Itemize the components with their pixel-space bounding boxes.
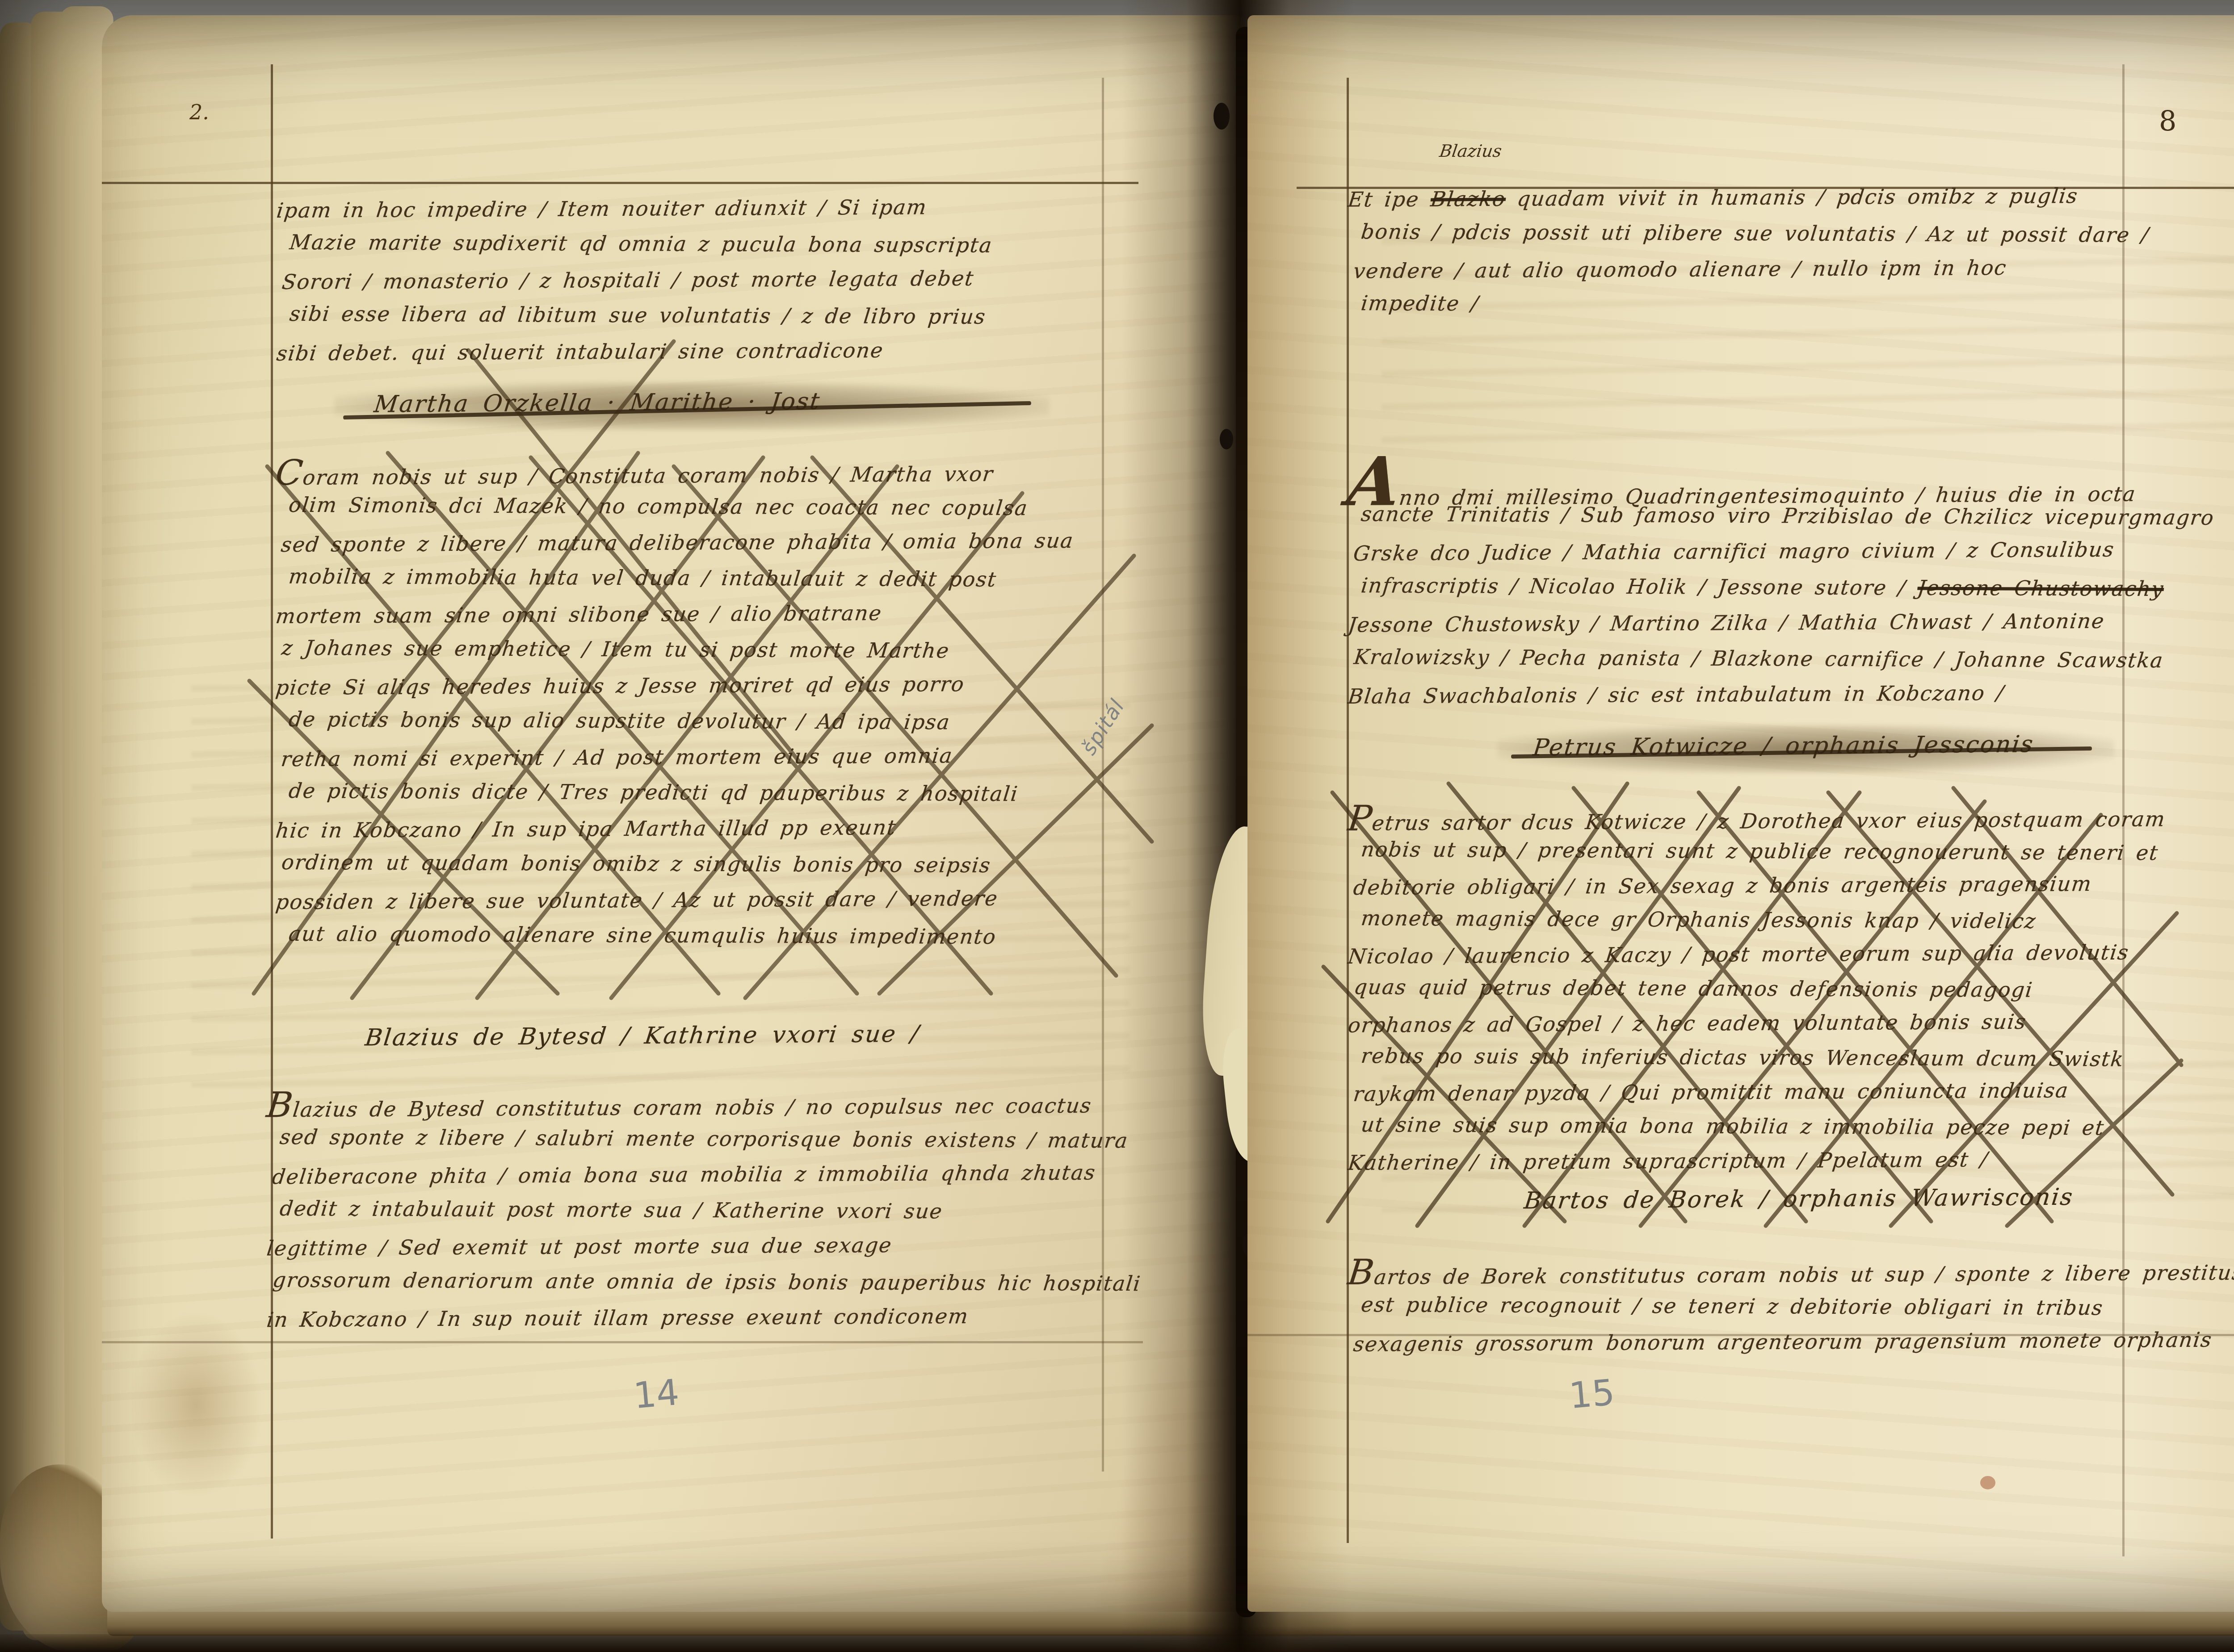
manuscript-line: z Johanes sue emphetice / Item tu si pos… (280, 630, 1149, 669)
manuscript-line: sancte Trinitatis / Sub famoso viro Przi… (1359, 496, 2146, 535)
paragraph-right-d: Bartos de Borek constitutus coram nobis … (1348, 1253, 2171, 1360)
manuscript-line: grossorum denariorum ante omnia de ipsis… (271, 1262, 1145, 1301)
manuscript-line: Anno dmi millesimo Quadringentesimoquint… (1346, 460, 2146, 499)
paper-stain (129, 1311, 263, 1498)
manuscript-line: Sorori / monasterio / z hospitali / post… (280, 260, 1129, 300)
struck-heading-left: Martha Orzkella · Marithe · Jost (334, 377, 1049, 435)
manuscript-line: Bartos de Borek constitutus coram nobis … (1346, 1250, 2173, 1291)
foxing-spot (1980, 1476, 1995, 1489)
page-number: 8 (2159, 105, 2176, 137)
manuscript-line: Et ipe Blazko quadam vivit in humanis / … (1346, 177, 2137, 217)
manuscript-line: vendere / aut alio quomodo alienare / nu… (1352, 249, 2137, 289)
manuscript-line: infrascriptis / Nicolao Holik / Jessone … (1359, 567, 2146, 607)
paragraph-left-a: ipam in hoc impedire / Item nouiter adiu… (277, 190, 1126, 369)
manuscript-line: ut sine suis sup omnia bona mobilia z im… (1359, 1107, 2163, 1145)
manuscript-line: Jessone Chustowsky / Martino Zilka / Mat… (1346, 603, 2146, 642)
manuscript-photo: 2. ipam in hoc impedire / Item nouiter a… (0, 0, 2234, 1652)
manuscript-line: mortem suam sine omni slibone sue / alio… (274, 594, 1150, 634)
ruling-line-bottom (102, 1341, 1143, 1343)
manuscript-line: sibi debet. qui soluerit intabulari sine… (275, 331, 1129, 371)
manuscript-line: Blaha Swachbalonis / sic est intabulatum… (1346, 674, 2146, 714)
line-prefix: Et ipe (1347, 187, 1432, 212)
manuscript-line: retha nomi si experint / Ad post mortem … (279, 737, 1150, 777)
interlinear-correction: Blazius (1438, 141, 1503, 161)
manuscript-line: in Kobczano / In sup nouit illam presse … (265, 1297, 1146, 1338)
manuscript-line: impedite / (1359, 285, 2137, 324)
manuscript-line: Coram nobis ut sup / Constituta coram no… (274, 451, 1150, 491)
gutter-ink-blot (1214, 103, 1230, 130)
manuscript-line: Katherine / in pretium suprascriptum / P… (1346, 1141, 2164, 1180)
manuscript-line: de pictis bonis dicte / Tres predicti qd… (287, 773, 1149, 812)
paragraph-right-c-cancelled: Petrus sartor dcus Kotwicze / z Dorothea… (1348, 800, 2162, 1178)
manuscript-line: deliberacone phita / omia bona sua mobil… (270, 1154, 1146, 1195)
manuscript-line: raykam denar pyzda / Qui promittit manu … (1352, 1073, 2164, 1111)
manuscript-line: debitorie obligari / in Sex sexag z boni… (1352, 866, 2164, 905)
manuscript-line: quas quid petrus debet tene dannos defen… (1352, 970, 2163, 1008)
manuscript-line: orphanos z ad Gospel / z hec eadem volun… (1346, 1004, 2164, 1043)
manuscript-line: ordinem ut quadam bonis omibz z singulis… (280, 844, 1149, 884)
manuscript-line: Petrus sartor dcus Kotwicze / z Dorothea… (1346, 797, 2164, 836)
heading-bartos: Bartos de Borek / orphanis Wawrisconis (1523, 1184, 2075, 1215)
paragraph-right-a: Et ipe Blazko quadam vivit in humanis / … (1348, 180, 2135, 323)
manuscript-line: olim Simonis dci Mazek / no compulsa nec… (287, 487, 1149, 526)
manuscript-line: Blazius de Bytesd constitutus coram nobi… (265, 1083, 1146, 1123)
heading-blazius: Blazius de Bytesd / Kathrine vxori sue / (364, 1021, 922, 1052)
manuscript-line: dedit z intabulauit post morte sua / Kat… (278, 1191, 1145, 1230)
manuscript-line: rebus po suis sub inferius dictas viros … (1359, 1039, 2163, 1077)
manuscript-line: nobis ut sup / presentari sunt z publice… (1359, 832, 2163, 870)
ruling-line-top (102, 182, 1138, 184)
manuscript-line: hic in Kobczano / In sup ipa Martha illu… (274, 808, 1150, 848)
struck-word: Blazko (1429, 187, 1507, 211)
struck-name: Jessone Chustowachy (1916, 576, 2165, 601)
manuscript-line: Mazie marite supdixerit qd omnia z pucul… (288, 224, 1128, 264)
line-rest: quadam vivit in humanis / pdcis omibz z … (1504, 184, 2079, 211)
book-cover-bottom-edge (0, 1634, 2234, 1652)
struck-heading-right: Petrus Kotwicze / orphanis Jessconis (1498, 721, 2123, 779)
manuscript-line: est publice recognouit / se teneri z deb… (1359, 1287, 2172, 1326)
manuscript-line: sed sponte z libere / salubri mente corp… (278, 1119, 1145, 1158)
manuscript-line: possiden z libere sue voluntate / Az ut … (274, 880, 1150, 920)
folio-mark: 2. (189, 100, 209, 124)
manuscript-line: monete magnis dece gr Orphanis Jessonis … (1359, 901, 2163, 939)
pencil-page-number-right: 15 (1567, 1371, 1617, 1417)
pencil-page-number-left: 14 (632, 1371, 681, 1417)
manuscript-line: Grske dco Judice / Mathia carnifici magr… (1352, 531, 2146, 571)
left-page: 2. ipam in hoc impedire / Item nouiter a… (102, 15, 1242, 1612)
paragraph-left-c: Blazius de Bytesd constitutus coram nobi… (267, 1085, 1143, 1335)
manuscript-line: de pictis bonis sup alio supstite devolu… (287, 701, 1149, 741)
gutter-ink-blot (1220, 429, 1233, 449)
manuscript-line: sed sponte z libere / matura deliberacon… (279, 522, 1150, 562)
manuscript-line: aut alio quomodo alienare sine cumqulis … (287, 916, 1149, 955)
manuscript-line: Kralowizsky / Pecha panista / Blazkone c… (1352, 639, 2146, 678)
manuscript-line: ipam in hoc impedire / Item nouiter adiu… (275, 188, 1129, 228)
manuscript-line: Nicolao / laurencio z Kaczy / post morte… (1346, 935, 2164, 974)
manuscript-line: sexagenis grossorum bonorum argenteorum … (1352, 1322, 2173, 1362)
manuscript-line: sibi esse libera ad libitum sue voluntat… (288, 296, 1128, 335)
right-page: 8 Blazius Et ipe Blazko quadam vivit in … (1247, 15, 2234, 1612)
manuscript-line: bonis / pdcis possit uti plibere sue vol… (1359, 214, 2137, 253)
paragraph-left-b-cancelled: Coram nobis ut sup / Constituta coram no… (276, 453, 1147, 953)
manuscript-line: legittime / Sed exemit ut post morte sua… (265, 1226, 1146, 1266)
manuscript-line: mobilia z immobilia huta vel duda / inta… (287, 558, 1149, 598)
manuscript-line: picte Si aliqs heredes huius z Jesse mor… (274, 665, 1150, 705)
paragraph-right-anno: Anno dmi millesimo Quadringentesimoquint… (1348, 462, 2144, 712)
line-prefix: infrascriptis / Nicolao Holik / Jessone … (1360, 573, 1919, 600)
